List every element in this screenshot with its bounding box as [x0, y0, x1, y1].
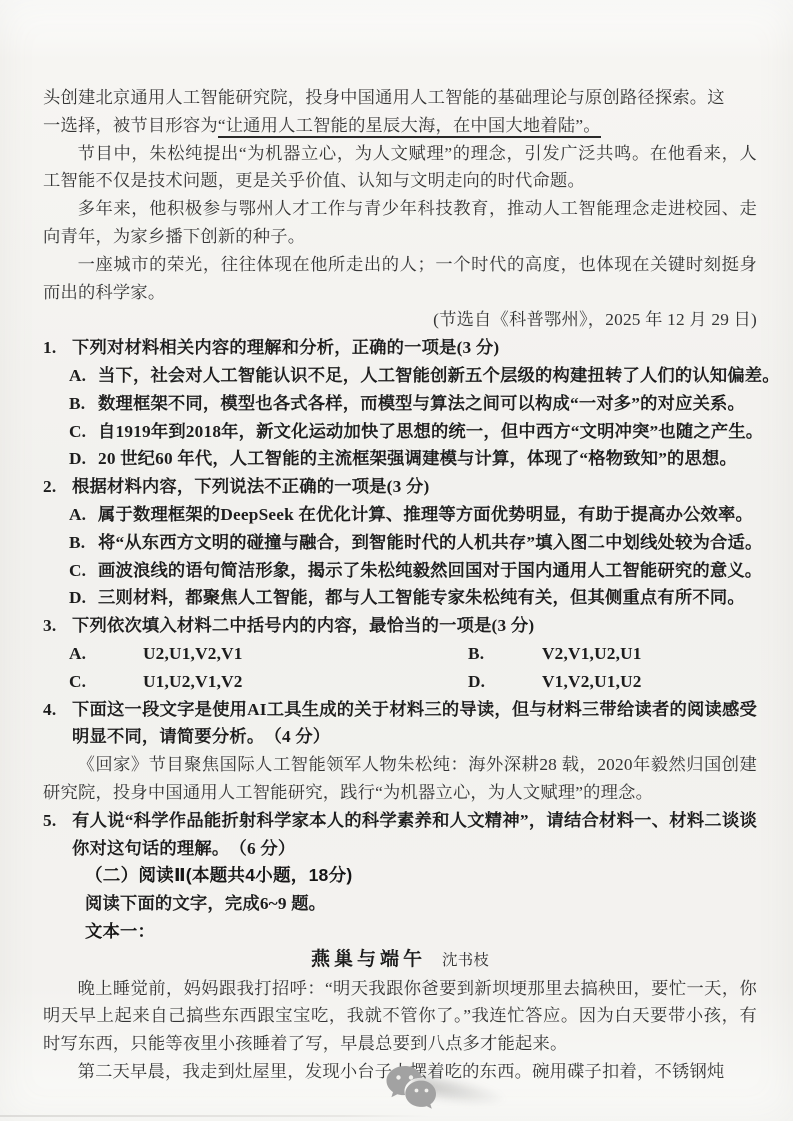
material-continuation-line: 头创建北京通用人工智能研究院，投身中国通用人工智能的基础理论与原创路径探索。这: [43, 84, 757, 112]
question-3-option-b: B.V2,V1,U2,U1: [468, 640, 757, 668]
option-text: 当下，社会对人工智能认识不足，人工智能创新五个层级的构建扭转了人们的认知偏差。: [98, 366, 780, 385]
text-one-label: 文本一：: [85, 918, 757, 946]
option-text: 自1919年到2018年，新文化运动加快了思想的统一，但中西方“文明冲突”也随之…: [98, 422, 763, 441]
question-2-option-a: A.属于数理框架的DeepSeek 在优化计算、推理等方面优势明显，有助于提高办…: [69, 501, 757, 529]
question-stem-text: 下列对材料相关内容的理解和分析，正确的一项是(3 分): [72, 338, 499, 357]
section-2-heading: （二）阅读Ⅱ(本题共4小题，18分): [85, 862, 757, 890]
question-3-option-c: C.U1,U2,V1,V2: [69, 668, 468, 696]
question-1-stem: 1.下列对材料相关内容的理解和分析，正确的一项是(3 分): [43, 334, 757, 362]
question-2-stem: 2.根据材料内容，下列说法不正确的一项是(3 分): [43, 473, 757, 501]
question-1-option-b: B.数理框架不同，模型也各式各样，而模型与算法之间可以构成“一对多”的对应关系。: [69, 390, 757, 418]
question-2-option-c: C.画波浪线的语句简洁形象，揭示了朱松纯毅然回国对于国内通用人工智能研究的意义。: [69, 557, 757, 585]
question-3-options-row-1: A.U2,U1,V2,V1 B.V2,V1,U2,U1: [69, 640, 757, 668]
question-number: 5.: [43, 807, 72, 835]
option-label: B.: [69, 529, 98, 557]
question-1-option-c: C.自1919年到2018年，新文化运动加快了思想的统一，但中西方“文明冲突”也…: [69, 418, 757, 446]
option-text: V1,V2,U1,U2: [542, 668, 642, 696]
option-text: V2,V1,U2,U1: [542, 640, 642, 668]
underline-prefix: 一选择，被节目形容为: [43, 116, 218, 135]
question-3-options-row-2: C.U1,U2,V1,V2 D.V1,V2,U1,U2: [69, 668, 757, 696]
story-author: 沈书枝: [442, 952, 489, 969]
option-text: 数理框架不同，模型也各式各样，而模型与算法之间可以构成“一对多”的对应关系。: [98, 394, 745, 413]
option-label: D.: [69, 584, 98, 612]
material-underlined-line: 一选择，被节目形容为“让通用人工智能的星辰大海，在中国大地着陆”。: [43, 112, 757, 140]
option-label: A.: [69, 640, 143, 668]
question-stem-text: 下列依次填入材料二中括号内的内容，最恰当的一项是(3 分): [72, 616, 534, 635]
option-label: D.: [468, 668, 542, 696]
option-label: B.: [69, 390, 98, 418]
section-2-instruction: 阅读下面的文字，完成6~9 题。: [85, 890, 757, 918]
question-5-stem: 5.有人说“科学作品能折射科学家本人的科学素养和人文精神”，请结合材料一、材料二…: [43, 807, 757, 863]
story-title-line: 燕巢与端午沈书枝: [43, 946, 757, 975]
question-2-option-d: D.三则材料，都聚焦人工智能，都与人工智能专家朱松纯有关，但其侧重点有所不同。: [69, 584, 757, 612]
underlined-quote: “让通用人工智能的星辰大海，在中国大地着陆”。: [218, 116, 601, 138]
question-number: 3.: [43, 612, 72, 640]
question-number: 4.: [43, 696, 72, 724]
option-text: 20 世纪60 年代，人工智能的主流框架强调建模与计算，体现了“格物致知”的思想…: [98, 449, 737, 468]
scanned-exam-page: 头创建北京通用人工智能研究院，投身中国通用人工智能的基础理论与原创路径探索。这 …: [0, 0, 793, 1121]
option-text: U1,U2,V1,V2: [143, 668, 243, 696]
material-paragraph-city: 一座城市的荣光，往往体现在他所走出的人；一个时代的高度，也体现在关键时刻挺身而出…: [43, 251, 757, 307]
question-4-ai-excerpt: 《回家》节目聚焦国际人工智能领军人物朱松纯：海外深耕28 载，2020年毅然归国…: [43, 751, 757, 807]
question-stem-text: 有人说“科学作品能折射科学家本人的科学素养和人文精神”，请结合材料一、材料二谈谈…: [72, 811, 757, 858]
option-text: 三则材料，都聚焦人工智能，都与人工智能专家朱松纯有关，但其侧重点有所不同。: [98, 588, 745, 607]
option-text: U2,U1,V2,V1: [143, 640, 243, 668]
option-text: 画波浪线的语句简洁形象，揭示了朱松纯毅然回国对于国内通用人工智能研究的意义。: [98, 561, 762, 580]
question-4-stem: 4.下面这一段文字是使用AI工具生成的关于材料三的导读，但与材料三带给读者的阅读…: [43, 696, 757, 752]
option-label: B.: [468, 640, 542, 668]
page-text-block: 头创建北京通用人工智能研究院，投身中国通用人工智能的基础理论与原创路径探索。这 …: [43, 84, 757, 1086]
wechat-icon: [384, 1064, 504, 1114]
option-label: A.: [69, 362, 98, 390]
question-number: 2.: [43, 473, 72, 501]
story-paragraph-1: 晚上睡觉前，妈妈跟我打招呼：“明天我跟你爸要到新坝埂那里去搞秧田，要忙一天，你明…: [43, 975, 757, 1058]
option-label: C.: [69, 668, 143, 696]
question-stem-text: 根据材料内容，下列说法不正确的一项是(3 分): [72, 477, 429, 496]
story-title: 燕巢与端午: [311, 949, 426, 970]
option-text: 属于数理框架的DeepSeek 在优化计算、推理等方面优势明显，有助于提高办公效…: [98, 505, 753, 524]
scan-artifact-line: [0, 1115, 428, 1117]
question-3-option-a: A.U2,U1,V2,V1: [69, 640, 468, 668]
option-label: C.: [69, 418, 98, 446]
option-label: C.: [69, 557, 98, 585]
material-paragraph-years: 多年来，他积极参与鄂州人才工作与青少年科技教育，推动人工智能理念走进校园、走向青…: [43, 195, 757, 251]
question-stem-text: 下面这一段文字是使用AI工具生成的关于材料三的导读，但与材料三带给读者的阅读感受…: [72, 700, 757, 747]
question-3-option-d: D.V1,V2,U1,U2: [468, 668, 757, 696]
material-source-citation: (节选自《科普鄂州》，2025 年 12 月 29 日): [43, 306, 757, 334]
question-1-option-d: D.20 世纪60 年代，人工智能的主流框架强调建模与计算，体现了“格物致知”的…: [69, 445, 757, 473]
question-1-option-a: A.当下，社会对人工智能认识不足，人工智能创新五个层级的构建扭转了人们的认知偏差…: [69, 362, 757, 390]
question-number: 1.: [43, 334, 72, 362]
option-label: A.: [69, 501, 98, 529]
material-paragraph-program: 节目中，朱松纯提出“为机器立心，为人文赋理”的理念，引发广泛共鸣。在他看来，人工…: [43, 140, 757, 196]
question-3-stem: 3.下列依次填入材料二中括号内的内容，最恰当的一项是(3 分): [43, 612, 757, 640]
option-label: D.: [69, 445, 98, 473]
option-text: 将“从东西方文明的碰撞与融合，到智能时代的人机共存”填入图二中划线处较为合适。: [98, 533, 763, 552]
question-2-option-b: B.将“从东西方文明的碰撞与融合，到智能时代的人机共存”填入图二中划线处较为合适…: [69, 529, 757, 557]
